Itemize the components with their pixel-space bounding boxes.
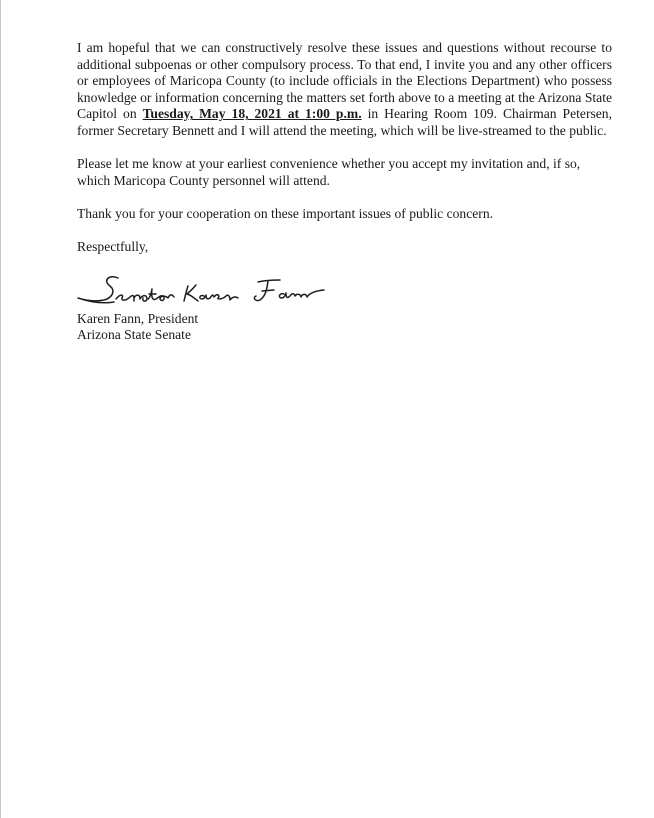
paragraph-meeting-invitation: I am hopeful that we can constructively …: [77, 40, 612, 140]
meeting-date-emphasis: Tuesday, May 18, 2021 at 1:00 p.m.: [143, 106, 362, 121]
signer-organization: Arizona State Senate: [77, 327, 612, 344]
signer-name-title: Karen Fann, President: [77, 311, 612, 328]
paragraph-request-reply: Please let me know at your earliest conv…: [77, 156, 612, 189]
letter-body: I am hopeful that we can constructively …: [77, 40, 612, 344]
paragraph-thanks: Thank you for your cooperation on these …: [77, 206, 612, 223]
closing-salutation: Respectfully,: [77, 239, 612, 256]
signature-block: Karen Fann, President Arizona State Sena…: [77, 311, 612, 344]
handwritten-signature-icon: [72, 272, 342, 308]
page-edge: [0, 0, 1, 818]
